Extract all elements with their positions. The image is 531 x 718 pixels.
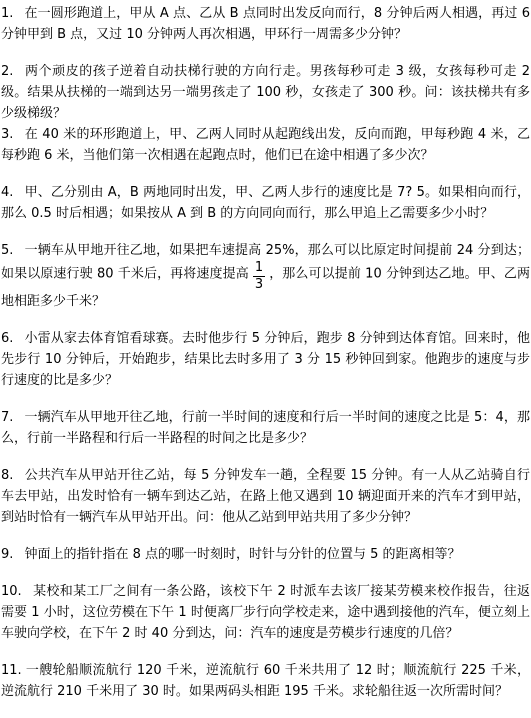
math-problems-worksheet: 1.在一圆形跑道上，甲从 A 点、乙从 B 点同时出发反向而行，8 分钟后两人相… — [0, 0, 531, 702]
problem-2: 2.两个顽皮的孩子逆着自动扶梯行驶的方向行走。男孩每秒可走 3 级，女孩每秒可走… — [1, 61, 530, 124]
problem-5: 5.一辆车从甲地开往乙地，如果把车速提高 25%，那么可以比原定时间提前 24 … — [1, 240, 530, 312]
problem-9-number: 9. — [1, 547, 13, 562]
problem-5-number: 5. — [1, 243, 13, 258]
fraction-denominator: 3 — [253, 277, 265, 292]
problem-7-number: 7. — [1, 410, 13, 425]
problem-2-text: 两个顽皮的孩子逆着自动扶梯行驶的方向行走。男孩每秒可走 3 级，女孩每秒可走 2… — [1, 64, 530, 121]
problem-1: 1.在一圆形跑道上，甲从 A 点、乙从 B 点同时出发反向而行，8 分钟后两人相… — [1, 3, 530, 45]
problem-1-text: 在一圆形跑道上，甲从 A 点、乙从 B 点同时出发反向而行，8 分钟后两人相遇，… — [1, 6, 530, 42]
problem-7: 7.一辆汽车从甲地开往乙地，行前一半时间的速度和行后一半时间的速度之比是 5：4… — [1, 407, 530, 449]
problem-2-number: 2. — [1, 64, 13, 79]
problem-8: 8.公共汽车从甲站开往乙站，每 5 分钟发车一趟，全程要 15 分钟。有一人从乙… — [1, 465, 530, 528]
problem-4-text: 甲、乙分别由 A，B 两地同时出发，甲、乙两人步行的速度比是 7? 5。如果相向… — [1, 185, 530, 221]
problem-3: 3.在 40 米的环形跑道上，甲、乙两人同时从起跑线出发，反向而跑，甲每秒跑 4… — [1, 124, 530, 166]
problem-6-text: 小雷从家去体育馆看球赛。去时他步行 5 分钟后，跑步 8 分钟到达体育馆。回来时… — [1, 331, 530, 388]
problem-11-text: 一艘轮船顺流航行 120 千米，逆流航行 60 千米共用了 12 时；顺流航行 … — [1, 663, 530, 699]
problem-10: 10.某校和某工厂之间有一条公路，该校下午 2 时派车去该厂接某劳模来校作报告，… — [1, 581, 530, 644]
problem-11: 11.一艘轮船顺流航行 120 千米，逆流航行 60 千米共用了 12 时；顺流… — [1, 660, 530, 702]
problem-3-text: 在 40 米的环形跑道上，甲、乙两人同时从起跑线出发，反向而跑，甲每秒跑 4 米… — [1, 127, 530, 163]
fraction-one-third: 13 — [253, 261, 265, 291]
problem-10-number: 10. — [1, 584, 22, 599]
problem-3-number: 3. — [1, 127, 13, 142]
problem-8-text: 公共汽车从甲站开往乙站，每 5 分钟发车一趟，全程要 15 分钟。有一人从乙站骑… — [1, 468, 530, 525]
problem-9: 9.钟面上的指针指在 8 点的哪一时刻时，时针与分针的位置与 5 的距离相等？ — [1, 544, 530, 565]
problem-9-text: 钟面上的指针指在 8 点的哪一时刻时，时针与分针的位置与 5 的距离相等？ — [24, 547, 460, 562]
problem-7-text: 一辆汽车从甲地开往乙地，行前一半时间的速度和行后一半时间的速度之比是 5：4，那… — [1, 410, 530, 446]
problem-6-number: 6. — [1, 331, 13, 346]
problem-8-number: 8. — [1, 468, 13, 483]
problem-4: 4.甲、乙分别由 A，B 两地同时出发，甲、乙两人步行的速度比是 7? 5。如果… — [1, 182, 530, 224]
fraction-numerator: 1 — [253, 261, 265, 277]
problem-4-number: 4. — [1, 185, 13, 200]
problem-1-number: 1. — [1, 6, 13, 21]
problem-11-number: 11. — [1, 663, 22, 678]
problem-10-text: 某校和某工厂之间有一条公路，该校下午 2 时派车去该厂接某劳模来校作报告，往返需… — [1, 584, 530, 641]
problem-6: 6.小雷从家去体育馆看球赛。去时他步行 5 分钟后，跑步 8 分钟到达体育馆。回… — [1, 328, 530, 391]
